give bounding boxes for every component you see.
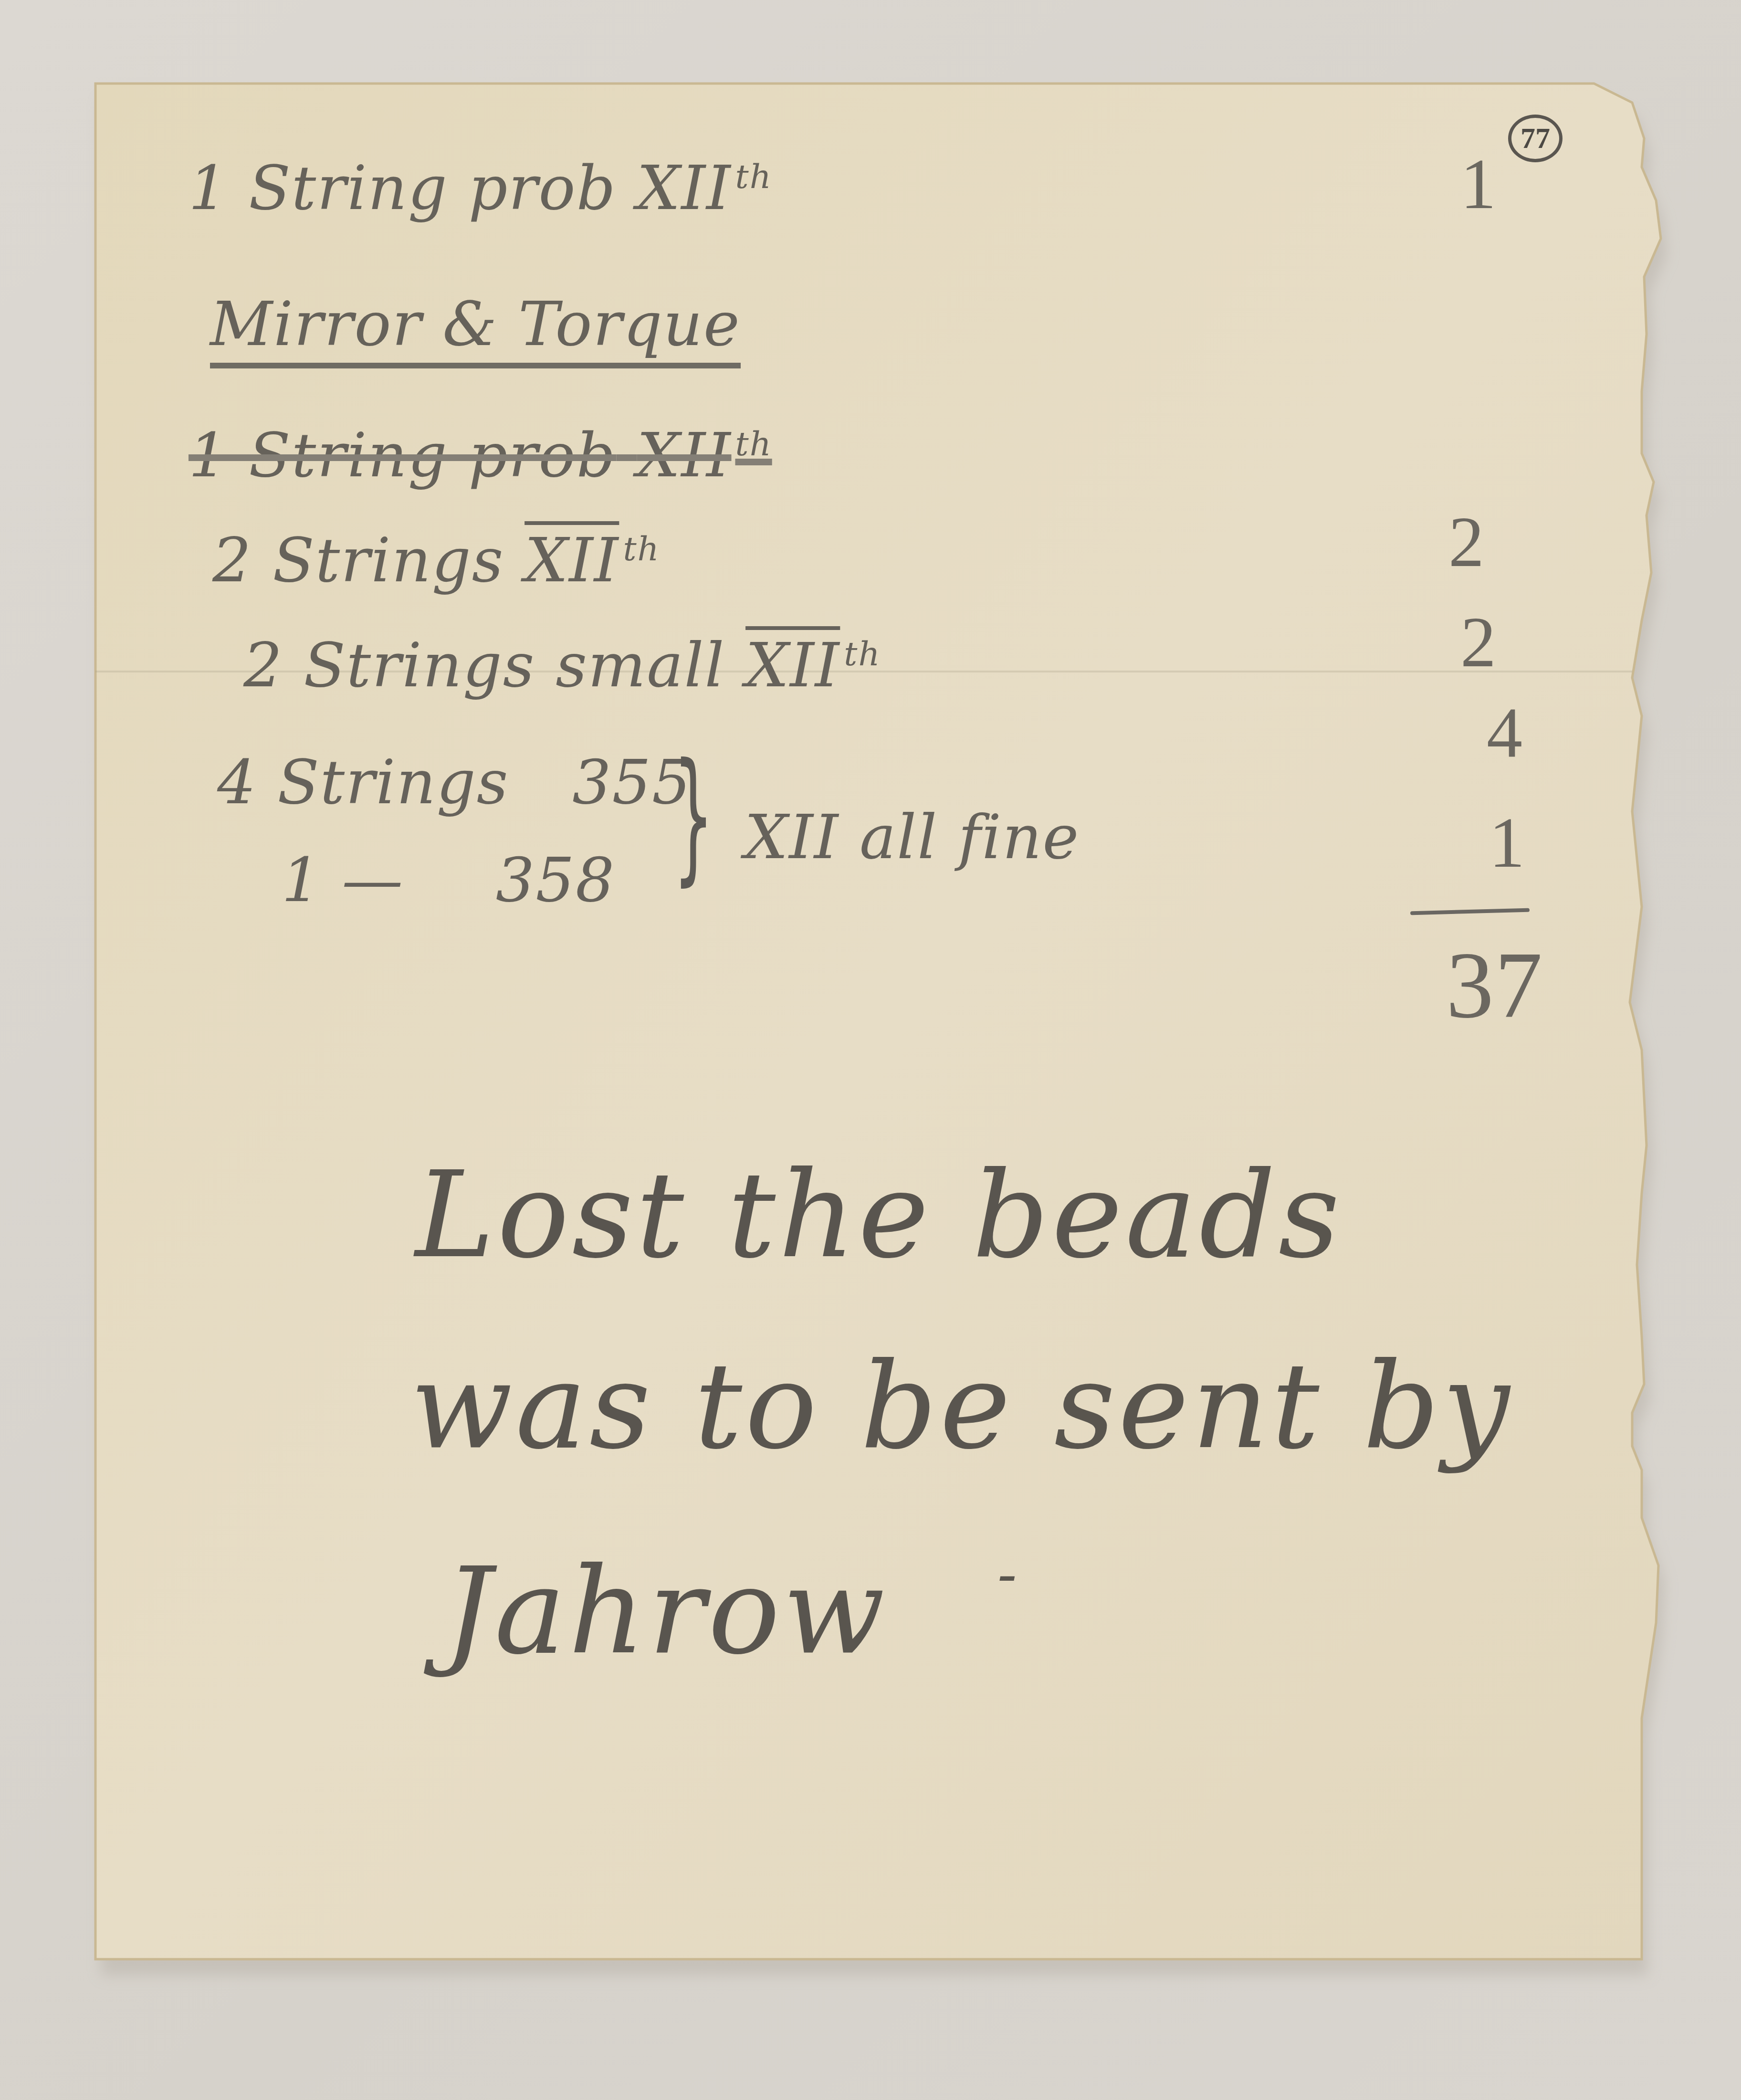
era-suffix: th (735, 424, 772, 463)
tally-value-3: 2 (1460, 601, 1497, 683)
tally-value-5: 1 (1489, 802, 1526, 884)
list-line-text: Mirror & Torque (210, 289, 741, 368)
list-line-7: 1 — 358 (282, 845, 615, 916)
list-line-text: 1 String prob (189, 420, 617, 491)
bracket-note: XII all fine (745, 802, 1080, 873)
trailing-dash: - (997, 1542, 1020, 1608)
list-line-6: 4 Strings 355 (217, 747, 692, 818)
era-numeral: XII (524, 525, 619, 596)
list-line-1: 1 String prob XIIth (189, 153, 772, 224)
tally-total: 37 (1446, 931, 1543, 1040)
tally-value-2: 2 (1448, 501, 1485, 583)
tally-value-4: 4 (1487, 692, 1523, 774)
era-numeral: XII (637, 420, 731, 491)
list-line-text: 2 Strings small (243, 630, 725, 701)
list-line-3-struck: 1 String prob XIIth (189, 420, 772, 491)
era-suffix: th (623, 529, 660, 568)
list-line-2: Mirror & Torque (210, 289, 741, 360)
era-numeral: XII (637, 153, 731, 224)
list-line-text: 4 Strings (217, 747, 509, 818)
list-line-text: 1 String prob (189, 153, 617, 224)
tally-value-1: 1 (1460, 143, 1497, 225)
right-curly-brace: } (673, 745, 714, 888)
folio-number-circled: 77 (1508, 115, 1563, 162)
era-suffix: th (735, 157, 772, 196)
list-line-text: 2 Strings (212, 525, 504, 596)
message-signature: Jahrow (444, 1542, 888, 1680)
list-line-4: 2 Strings XIIth (212, 525, 660, 596)
message-line-1: Lost the beads (415, 1145, 1342, 1284)
message-line-2: was to be sent by (410, 1336, 1512, 1475)
list-line-5: 2 Strings small XIIth (243, 630, 881, 701)
reference-number: 358 (496, 845, 615, 916)
folio-number: 77 (1521, 122, 1550, 156)
list-line-text: 1 — (282, 845, 404, 916)
era-suffix: th (844, 634, 881, 673)
era-numeral: XII (745, 630, 840, 701)
